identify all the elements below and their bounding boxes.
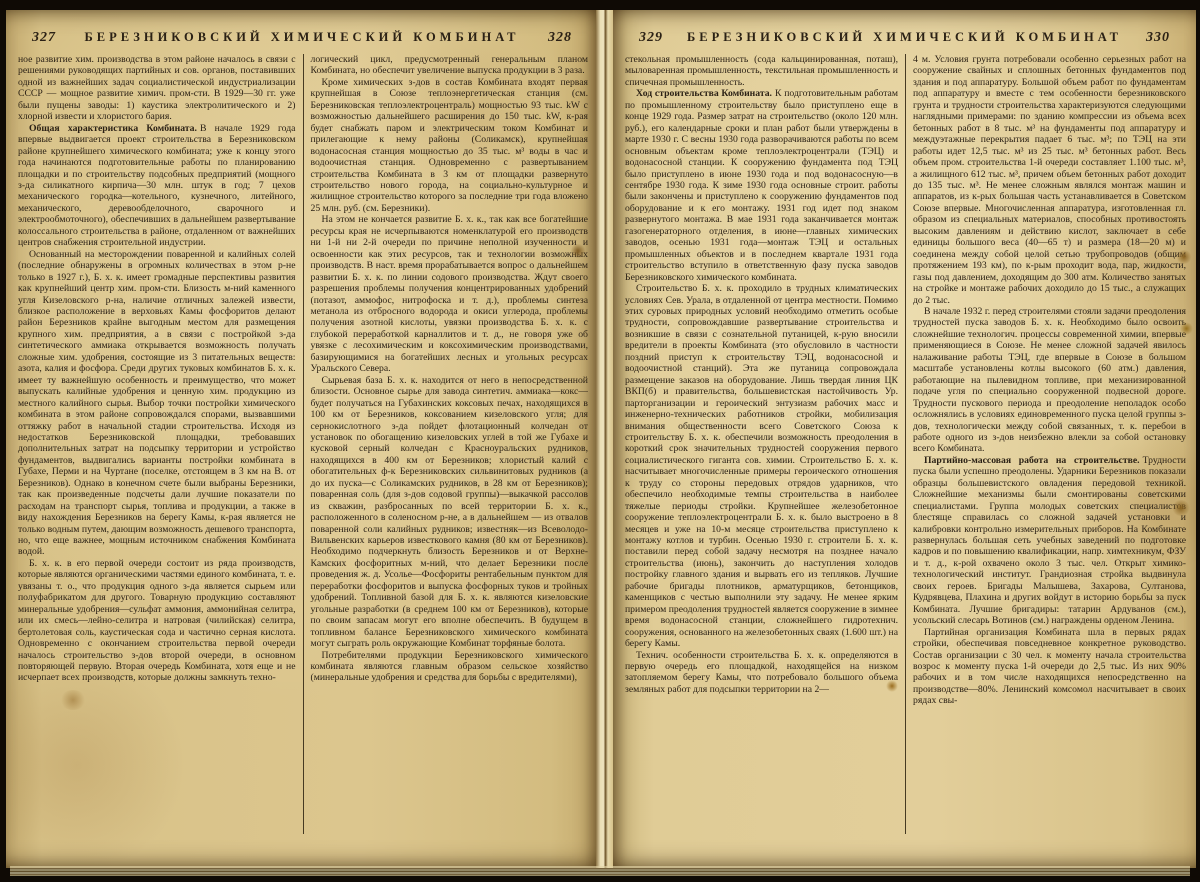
text-column-328: логический цикл, предусмотренный генерал… <box>304 54 591 834</box>
paragraph-text: Б. х. к. в его первой очереди состоит из… <box>18 558 296 684</box>
paragraph: ное развитие хим. производства в этом ра… <box>18 54 296 123</box>
paragraph-text: Трудности пуска были успешно преодолены.… <box>913 455 1186 626</box>
page-number: 328 <box>548 30 572 46</box>
paragraph-text: Кроме химических з-дов в состав Комбинат… <box>311 77 589 214</box>
paragraph-text: Сырьевая база Б. х. к. находится от него… <box>311 375 589 649</box>
paragraph-text: В начале 1932 г. перед строителями стоял… <box>913 306 1186 454</box>
book-spread: 327 БЕРЕЗНИКОВСКИЙ ХИМИЧЕСКИЙ КОМБИНАТ 3… <box>0 0 1200 882</box>
book-page-edges <box>10 866 1190 876</box>
paragraph: Основанный на месторождении поваренной и… <box>18 249 296 558</box>
paragraph: Партийно-массовая работа на строительств… <box>913 455 1186 627</box>
paragraph-text: 4 м. Условия грунта потребовали особенно… <box>913 54 1186 306</box>
paragraph: Партийная организация Комбината шла в пе… <box>913 627 1186 707</box>
book-scan: { "doc": { "running_title": "БЕРЕЗНИКОВС… <box>0 0 1200 882</box>
paragraph-text: стекольная промышленность (сода кальцини… <box>625 54 898 88</box>
paragraph: Б. х. к. в его первой очереди состоит из… <box>18 558 296 684</box>
paragraph: Сырьевая база Б. х. к. находится от него… <box>311 375 589 650</box>
page-left: 327 БЕРЕЗНИКОВСКИЙ ХИМИЧЕСКИЙ КОМБИНАТ 3… <box>6 10 598 868</box>
text-column-330: 4 м. Условия грунта потребовали особенно… <box>906 54 1188 834</box>
paragraph: Кроме химических з-дов в состав Комбинат… <box>311 77 589 214</box>
paragraph-text: Основанный на месторождении поваренной и… <box>18 249 296 558</box>
page-right: 329 БЕРЕЗНИКОВСКИЙ ХИМИЧЕСКИЙ КОМБИНАТ 3… <box>613 10 1196 868</box>
running-title: БЕРЕЗНИКОВСКИЙ ХИМИЧЕСКИЙ КОМБИНАТ <box>687 30 1122 45</box>
running-head-left: 327 БЕРЕЗНИКОВСКИЙ ХИМИЧЕСКИЙ КОМБИНАТ 3… <box>6 10 598 52</box>
paragraph-text: логический цикл, предусмотренный генерал… <box>311 54 589 76</box>
section-heading: Партийно-массовая работа на строительств… <box>924 455 1140 466</box>
paragraph: стекольная промышленность (сода кальцини… <box>625 54 898 88</box>
paragraph: Потребителями продукции Березниковского … <box>311 650 589 684</box>
running-head-right: 329 БЕРЕЗНИКОВСКИЙ ХИМИЧЕСКИЙ КОМБИНАТ 3… <box>613 10 1196 52</box>
paragraph: 4 м. Условия грунта потребовали особенно… <box>913 54 1186 306</box>
paragraph-text: Партийная организация Комбината шла в пе… <box>913 627 1186 707</box>
paragraph: Общая характеристика Комбината.В начале … <box>18 123 296 249</box>
paragraph: Ход строительства Комбината.К подготовит… <box>625 88 898 283</box>
text-column-327: ное развитие хим. производства в этом ра… <box>16 54 303 834</box>
section-heading: Общая характеристика Комбината. <box>29 123 197 134</box>
page-number: 327 <box>32 30 56 46</box>
paragraph-text: К подготовительным работам по промышленн… <box>625 88 898 282</box>
page-number: 330 <box>1146 30 1170 46</box>
section-heading: Ход строительства Комбината. <box>636 88 772 99</box>
text-column-329: стекольная промышленность (сода кальцини… <box>623 54 905 834</box>
paragraph: логический цикл, предусмотренный генерал… <box>311 54 589 77</box>
paragraph-text: Строительство Б. х. к. проходило в трудн… <box>625 283 898 649</box>
paragraph: Строительство Б. х. к. проходило в трудн… <box>625 283 898 650</box>
running-title: БЕРЕЗНИКОВСКИЙ ХИМИЧЕСКИЙ КОМБИНАТ <box>85 30 520 45</box>
page-number: 329 <box>639 30 663 46</box>
paragraph-text: На этом не кончается развитие Б. х. к., … <box>311 214 589 374</box>
page-columns: стекольная промышленность (сода кальцини… <box>613 52 1196 834</box>
paragraph: В начале 1932 г. перед строителями стоял… <box>913 306 1186 455</box>
page-columns: ное развитие хим. производства в этом ра… <box>6 52 598 834</box>
paragraph: Технич. особенности строительства Б. х. … <box>625 650 898 696</box>
book-gutter <box>596 10 613 868</box>
paragraph-text: Потребителями продукции Березниковского … <box>311 650 589 684</box>
paragraph-text: В начале 1929 года впервые выдвигается п… <box>18 123 296 249</box>
paragraph-text: ное развитие хим. производства в этом ра… <box>18 54 296 122</box>
paragraph: На этом не кончается развитие Б. х. к., … <box>311 214 589 374</box>
paragraph-text: Технич. особенности строительства Б. х. … <box>625 650 898 695</box>
